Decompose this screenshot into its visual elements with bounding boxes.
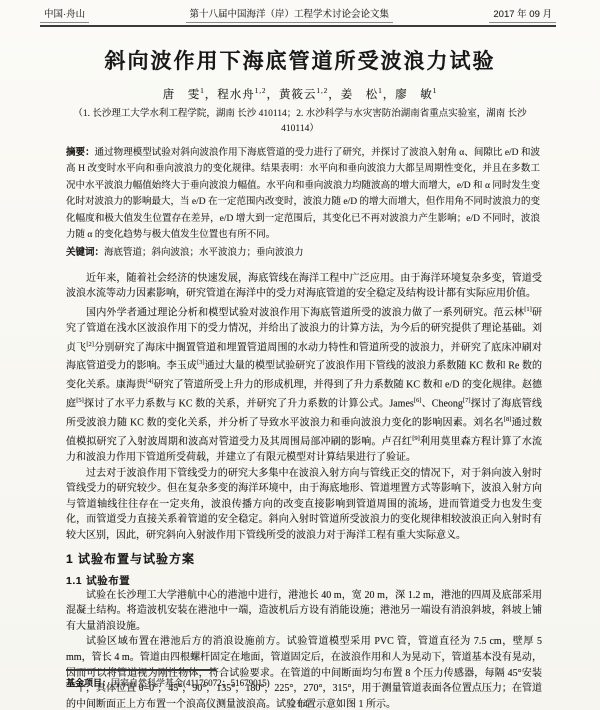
footnote-area: 基金项目：国家自然科学基金(41176072；51679015)	[66, 669, 542, 689]
header-proceedings-title: 第十八届中国海洋（岸）工程学术讨论会论文集	[186, 6, 394, 23]
keywords-block: 关键词：海底管道；斜向波浪；水平波浪力；垂向波浪力	[66, 245, 540, 261]
header-location: 中国·舟山	[40, 6, 89, 23]
subsection-number: 1.1	[66, 575, 82, 587]
subsection-title: 试验布置	[86, 575, 130, 587]
fund-project: 基金项目：国家自然科学基金(41176072；51679015)	[66, 676, 542, 689]
abstract-block: 摘要：通过物理模型试验对斜向波浪作用下海底管道的受力进行了研究，并探讨了波浪入射…	[66, 145, 540, 243]
intro-paragraph: 过去对于波浪作用下管线受力的研究大多集中在波浪入射方向与管线正交的情况下，对于斜…	[66, 466, 542, 544]
abstract-text: 通过物理模型试验对斜向波浪作用下海底管道的受力进行了研究，并探讨了波浪入射角 α…	[66, 148, 540, 240]
page-header: 中国·舟山 第十八届中国海洋（岸）工程学术讨论会论文集 2017 年 09 月	[40, 6, 556, 27]
page-number: 214	[291, 699, 309, 710]
authors-line: 唐 雯1，程水舟1,2，黄筱云1,2，姜 松1，廖 敏1	[0, 86, 600, 102]
footnote-rule	[66, 669, 216, 671]
header-date: 2017 年 09 月	[489, 6, 556, 23]
scanned-paper-page: 中国·舟山 第十八届中国海洋（岸）工程学术讨论会论文集 2017 年 09 月 …	[0, 0, 600, 710]
fund-text: 国家自然科学基金(41176072；51679015)	[111, 678, 270, 688]
subsection-heading: 1.1试验布置	[66, 573, 542, 588]
intro-paragraph: 国内外学者通过理论分析和模型试验对波浪作用下海底管道所受的波浪力做了一系列研究。…	[66, 302, 542, 466]
keywords-text: 海底管道；斜向波浪；水平波浪力；垂向波浪力	[104, 248, 304, 258]
paper-title: 斜向波作用下海底管道所受波浪力试验	[0, 45, 600, 75]
abstract-label: 摘要：	[66, 147, 95, 158]
section-heading: 1 试验布置与试验方案	[66, 550, 542, 567]
intro-paragraph: 近年来，随着社会经济的快速发展，海底管线在海洋工程中广泛应用。由于海洋环境复杂多…	[66, 271, 542, 302]
fund-label: 基金项目：	[66, 678, 111, 688]
section-paragraph: 试验在长沙理工大学港航中心的港池中进行，港池长 40 m，宽 20 m，深 1.…	[66, 588, 542, 635]
affiliation: （1. 长沙理工大学水利工程学院，湖南 长沙 410114；2. 水沙科学与水灾…	[57, 107, 543, 136]
keywords-label: 关键词：	[66, 247, 104, 258]
